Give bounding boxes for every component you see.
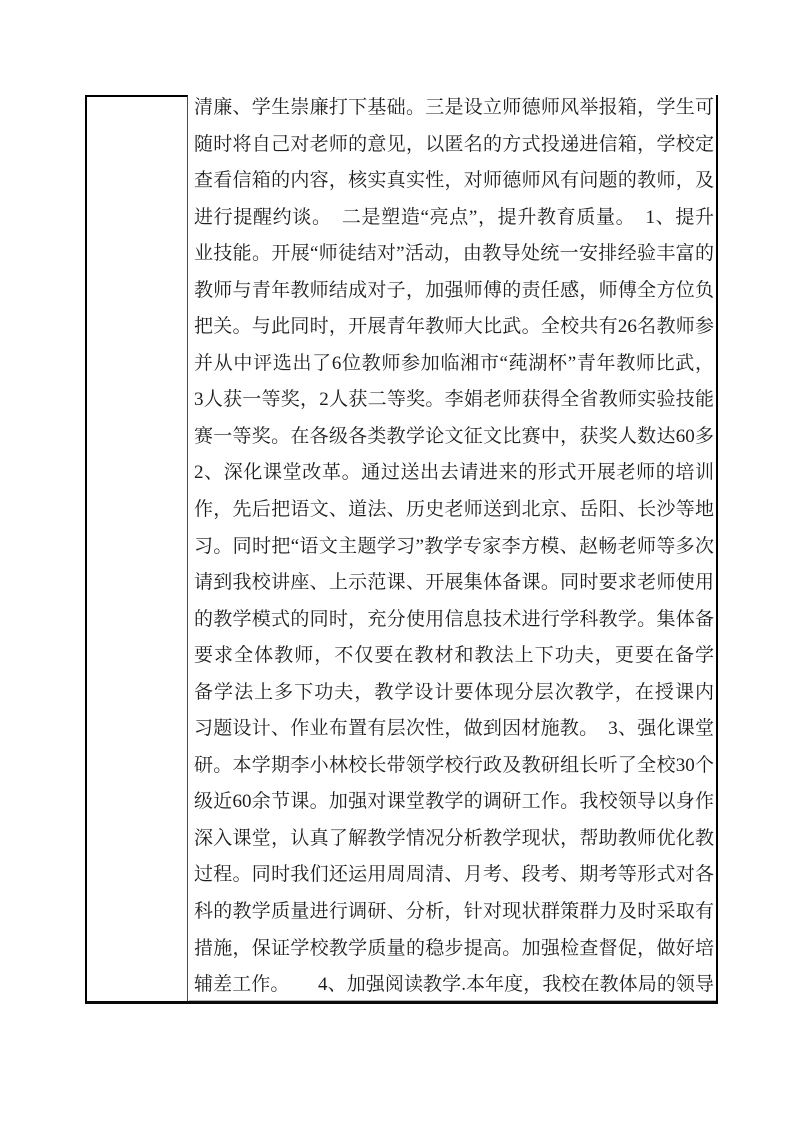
text-line: 措施，保证学校教学质量的稳步提高。加强检查督促，做好培优 [194, 931, 714, 968]
paragraph-content: 清廉、学生崇廉打下基础。三是设立师德师风举报箱，学生可以随时将自己对老师的意见，… [194, 90, 714, 1004]
document-page: 清廉、学生崇廉打下基础。三是设立师德师风举报箱，学生可以随时将自己对老师的意见，… [0, 0, 794, 1122]
text-line: 研。本学期李小林校长带领学校行政及教研组长听了全校30个班 [194, 748, 714, 785]
text-line: 查看信箱的内容，核实真实性，对师德师风有问题的教师，及时 [194, 163, 714, 200]
text-line: 清廉、学生崇廉打下基础。三是设立师德师风举报箱，学生可以 [194, 90, 714, 127]
text-line: 赛一等奖。在各级各类教学论文征文比赛中，获奖人数达60多人 [194, 419, 714, 456]
text-line: 级近60余节课。加强对课堂教学的调研工作。我校领导以身作则， [194, 784, 714, 821]
table-label-cell [87, 95, 188, 1001]
text-line: 进行提醒约谈。 二是塑造“亮点”，提升教育质量。 1、提升专 [194, 200, 714, 237]
text-line: 3人获一等奖，2人获二等奖。李娟老师获得全省教师实验技能大 [194, 382, 714, 419]
text-line: 习。同时把“语文主题学习”教学专家李方模、赵畅老师等多次 [194, 529, 714, 566]
text-line: 深入课堂，认真了解教学情况分析教学现状，帮助教师优化教学 [194, 821, 714, 858]
text-line: 把关。与此同时，开展青年教师大比武。全校共有26名教师参加， [194, 309, 714, 346]
text-line: 作，先后把语文、道法、历史老师送到北京、岳阳、长沙等地学 [194, 492, 714, 529]
text-line: 并从中评选出了6位教师参加临湘市“莼湖杯”青年教师比武，有 [194, 346, 714, 383]
text-line: 过程。同时我们还运用周周清、月考、段考、期考等形式对各学 [194, 857, 714, 894]
text-line: 的教学模式的同时，充分使用信息技术进行学科教学。集体备课 [194, 602, 714, 639]
text-line: 辅差工作。 4、加强阅读教学.本年度，我校在教体局的领导下 [194, 967, 714, 1004]
text-line: 教师与青年教师结成对子，加强师傅的责任感，师傅全方位负责 [194, 273, 714, 310]
text-line: 业技能。开展“师徒结对”活动，由教导处统一安排经验丰富的 [194, 236, 714, 273]
text-line: 请到我校讲座、上示范课、开展集体备课。同时要求老师使用新 [194, 565, 714, 602]
text-line: 习题设计、作业布置有层次性，做到因材施教。 3、强化课堂调 [194, 711, 714, 748]
row-bottom-gridline [189, 1000, 716, 1001]
text-line: 要求全体教师，不仅要在教材和教法上下功夫，更要在备学生、 [194, 638, 714, 675]
text-line: 2、深化课堂改革。通过送出去请进来的形式开展老师的培训工 [194, 455, 714, 492]
report-table: 清廉、学生崇廉打下基础。三是设立师德师风举报箱，学生可以随时将自己对老师的意见，… [85, 95, 718, 1004]
table-content-cell: 清廉、学生崇廉打下基础。三是设立师德师风举报箱，学生可以随时将自己对老师的意见，… [189, 95, 716, 1001]
text-line: 科的教学质量进行调研、分析，针对现状群策群力及时采取有效 [194, 894, 714, 931]
text-line: 随时将自己对老师的意见，以匿名的方式投递进信箱，学校定时 [194, 127, 714, 164]
text-line: 备学法上多下功夫，教学设计要体现分层次教学，在授课内容、 [194, 675, 714, 712]
